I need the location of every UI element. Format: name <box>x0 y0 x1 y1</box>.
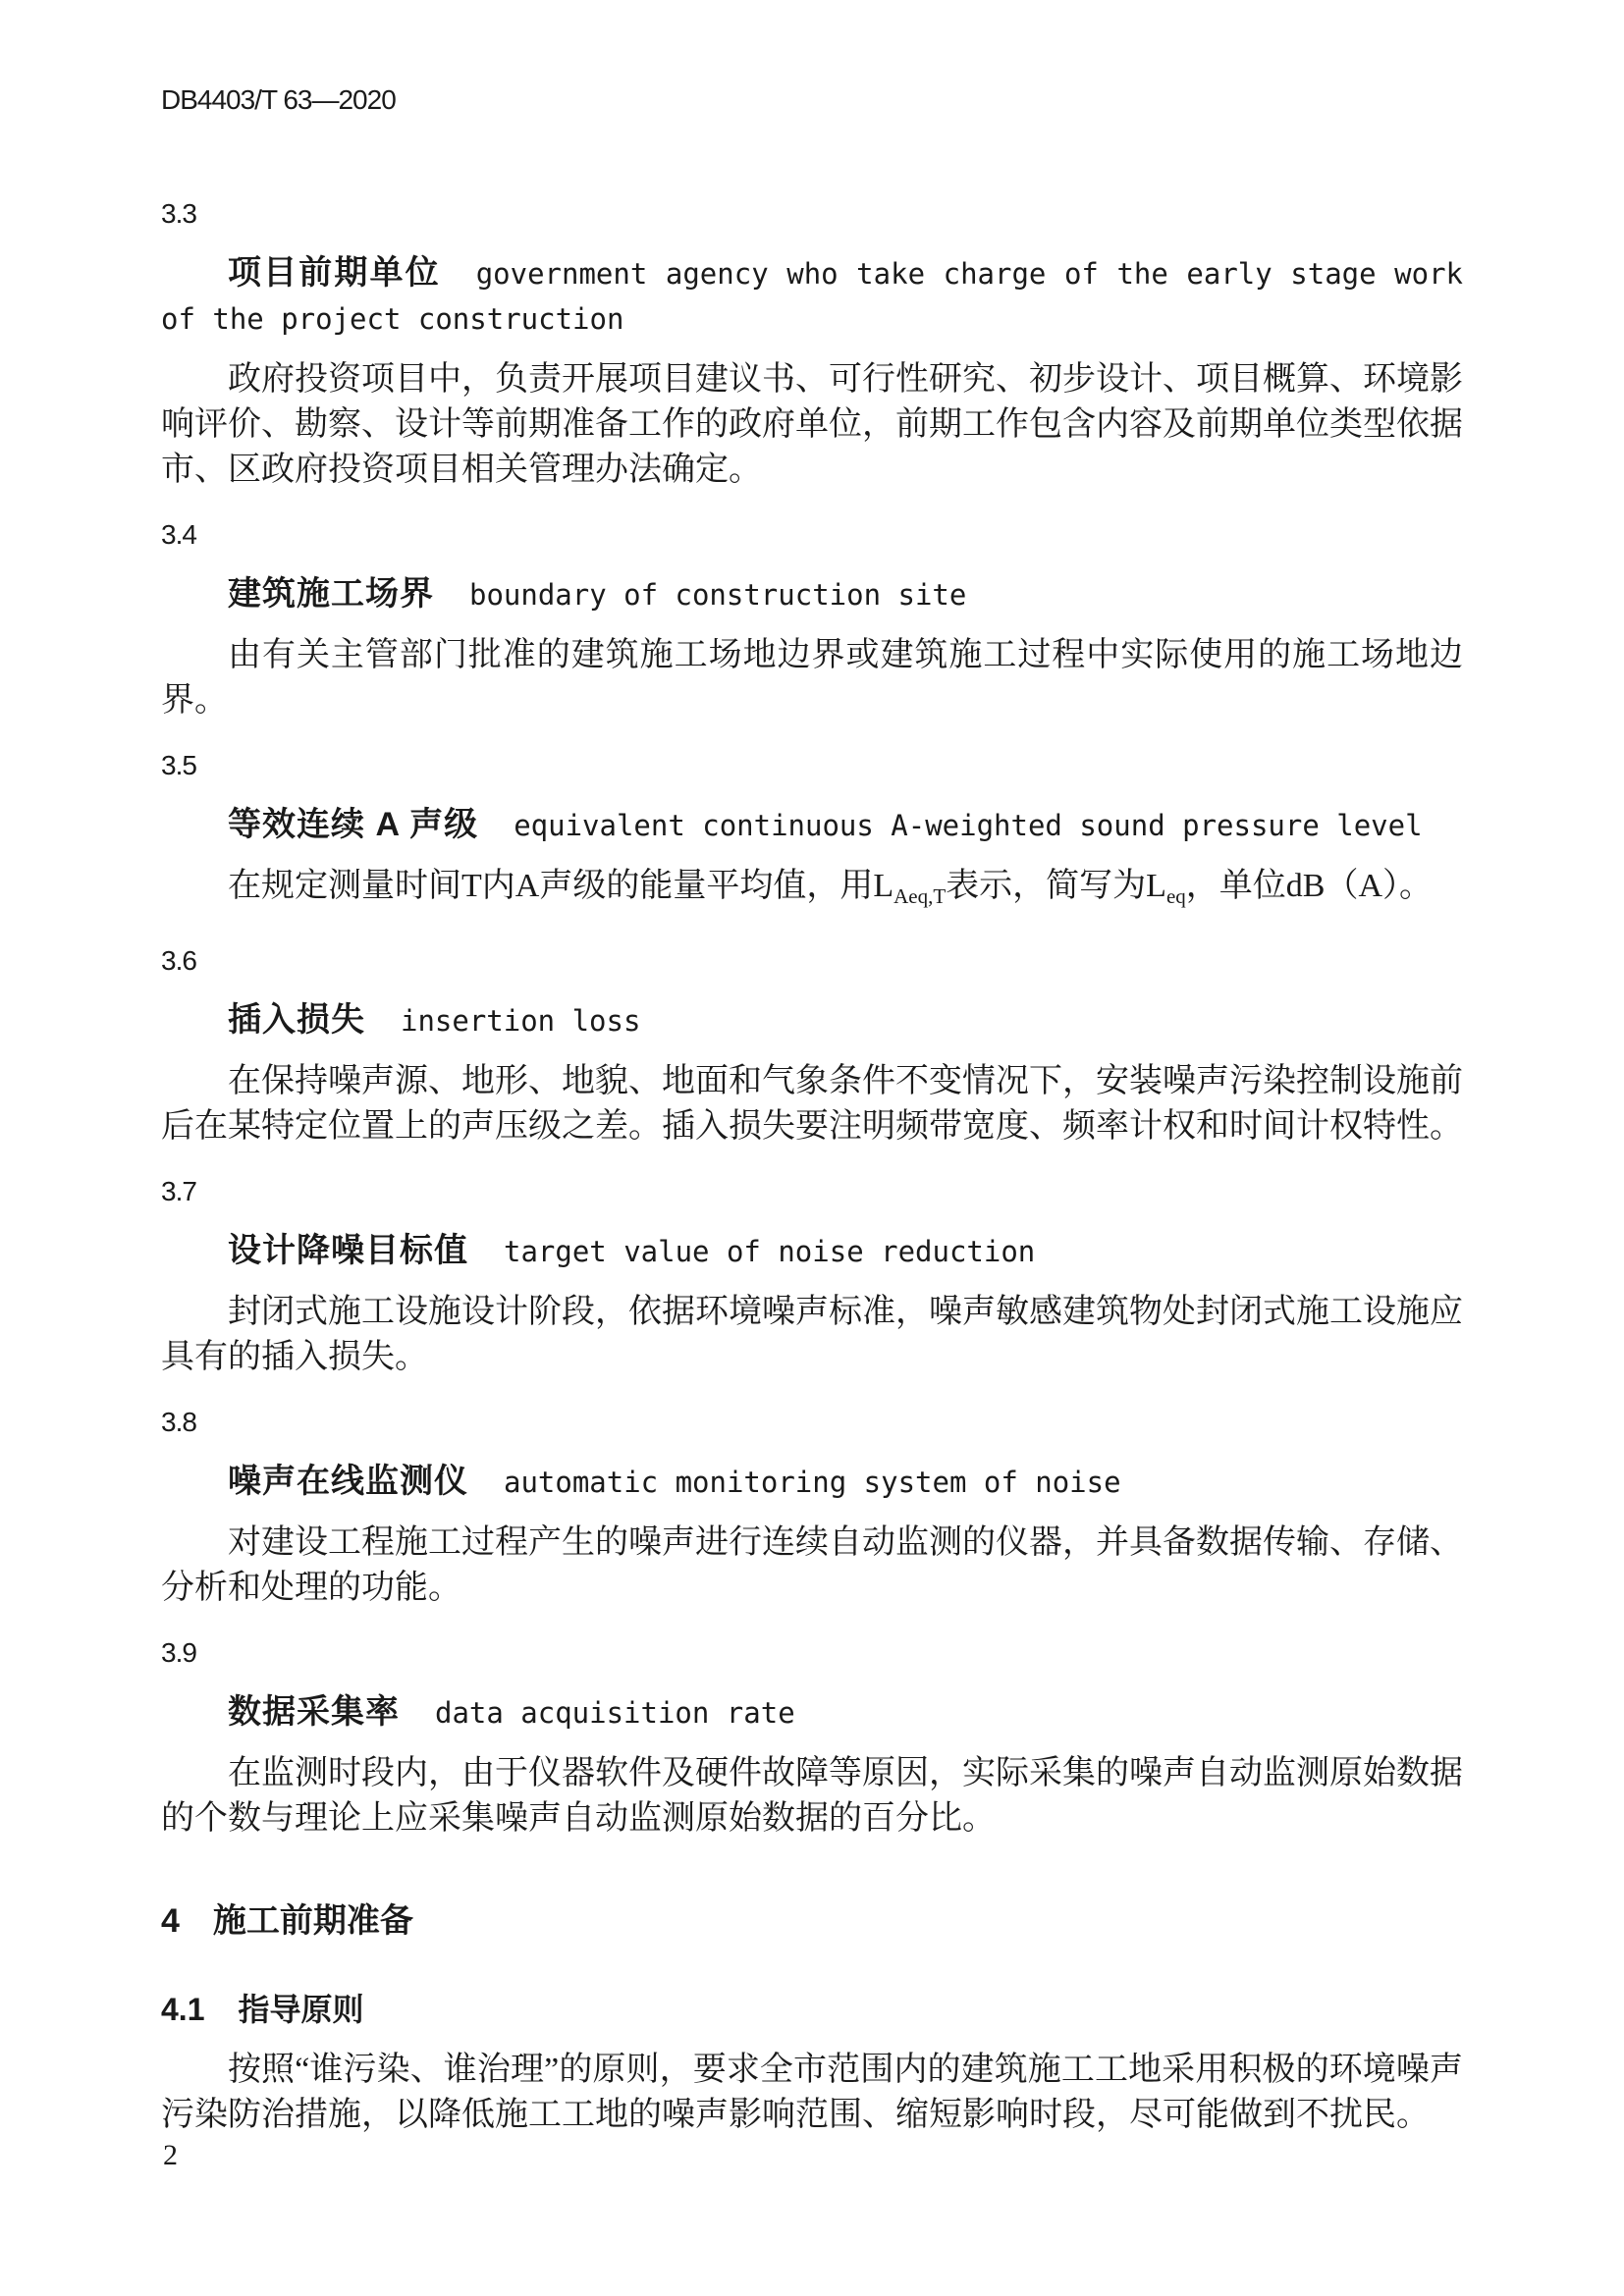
page-number: 2 <box>163 2139 178 2172</box>
term-heading: 噪声在线监测仪automatic monitoring system of no… <box>161 1459 1463 1505</box>
term-chinese: 设计降噪目标值 <box>228 1232 468 1269</box>
body-text: 在规定测量时间T内A声级的能量平均值，用L <box>228 868 893 904</box>
term-english: equivalent continuous A-weighted sound p… <box>514 809 1422 842</box>
document-page: DB4403/T 63—2020 3.3 项目前期单位government ag… <box>0 0 1624 2296</box>
clause-body: 在保持噪声源、地形、地貌、地面和气象条件不变情况下，安装噪声污染控制设施前后在某… <box>161 1059 1463 1149</box>
clause-number: 3.5 <box>161 743 1463 788</box>
document-code: DB4403/T 63—2020 <box>161 78 1463 123</box>
body-text: 表示，简写为L <box>946 868 1166 904</box>
term-heading: 数据采集率data acquisition rate <box>161 1689 1463 1735</box>
term-heading: 项目前期单位government agency who take charge … <box>161 250 1463 342</box>
term-chinese: 插入损失 <box>228 1001 365 1039</box>
body-text: ，单位dB（A）。 <box>1186 868 1433 904</box>
section-title: 指导原则 <box>238 1992 363 2027</box>
clause-body: 政府投资项目中，负责开展项目建议书、可行性研究、初步设计、项目概算、环境影响评价… <box>161 357 1463 493</box>
term-english: automatic monitoring system of noise <box>504 1466 1121 1499</box>
clause-3-9: 3.9 数据采集率data acquisition rate 在监测时段内，由于… <box>161 1630 1463 1842</box>
clause-3-6: 3.6 插入损失insertion loss 在保持噪声源、地形、地貌、地面和气… <box>161 938 1463 1149</box>
clause-body: 对建设工程施工过程产生的噪声进行连续自动监测的仪器，并具备数据传输、存储、分析和… <box>161 1521 1463 1611</box>
term-heading: 设计降噪目标值target value of noise reduction <box>161 1228 1463 1274</box>
clause-body: 由有关主管部门批准的建筑施工场地边界或建筑施工过程中实际使用的施工场地边界。 <box>161 633 1463 723</box>
clause-3-7: 3.7 设计降噪目标值target value of noise reducti… <box>161 1169 1463 1380</box>
clause-3-4: 3.4 建筑施工场界boundary of construction site … <box>161 512 1463 723</box>
clause-body: 在规定测量时间T内A声级的能量平均值，用LAeq,T表示，简写为Leq，单位dB… <box>161 864 1463 919</box>
section-4-1-heading: 4.1指导原则 <box>161 1987 1463 2032</box>
clause-number: 3.7 <box>161 1169 1463 1214</box>
clause-3-3: 3.3 项目前期单位government agency who take cha… <box>161 191 1463 493</box>
clause-3-5: 3.5 等效连续 A 声级equivalent continuous A-wei… <box>161 743 1463 919</box>
section-number: 4.1 <box>161 1992 204 2027</box>
term-english: insertion loss <box>401 1004 640 1038</box>
clause-number: 3.3 <box>161 191 1463 237</box>
clause-body: 封闭式施工设施设计阶段，依据环境噪声标准，噪声敏感建筑物处封闭式施工设施应具有的… <box>161 1290 1463 1380</box>
chapter-title: 施工前期准备 <box>213 1902 413 1940</box>
term-english: boundary of construction site <box>469 578 966 612</box>
term-heading: 等效连续 A 声级equivalent continuous A-weighte… <box>161 802 1463 848</box>
clause-3-8: 3.8 噪声在线监测仪automatic monitoring system o… <box>161 1400 1463 1611</box>
chapter-number: 4 <box>161 1902 180 1940</box>
term-chinese: 噪声在线监测仪 <box>228 1463 468 1500</box>
term-chinese: 建筑施工场界 <box>228 575 434 613</box>
clause-body: 在监测时段内，由于仪器软件及硬件故障等原因，实际采集的噪声自动监测原始数据的个数… <box>161 1751 1463 1842</box>
term-heading: 建筑施工场界boundary of construction site <box>161 571 1463 617</box>
term-chinese: 项目前期单位 <box>228 254 441 292</box>
subscript-aeqt: Aeq,T <box>893 884 946 908</box>
term-english: data acquisition rate <box>435 1696 795 1730</box>
term-heading: 插入损失insertion loss <box>161 997 1463 1043</box>
term-english: target value of noise reduction <box>504 1235 1035 1268</box>
clause-number: 3.8 <box>161 1400 1463 1445</box>
term-chinese: 等效连续 A 声级 <box>228 806 478 843</box>
clause-number: 3.4 <box>161 512 1463 558</box>
clause-number: 3.6 <box>161 938 1463 984</box>
term-chinese: 数据采集率 <box>228 1693 400 1731</box>
section-4-1-body: 按照“谁污染、谁治理”的原则，要求全市范围内的建筑施工工地采用积极的环境噪声污染… <box>161 2048 1463 2138</box>
chapter-4-heading: 4施工前期准备 <box>161 1898 1463 1944</box>
subscript-eq: eq <box>1166 884 1186 908</box>
clause-number: 3.9 <box>161 1630 1463 1676</box>
